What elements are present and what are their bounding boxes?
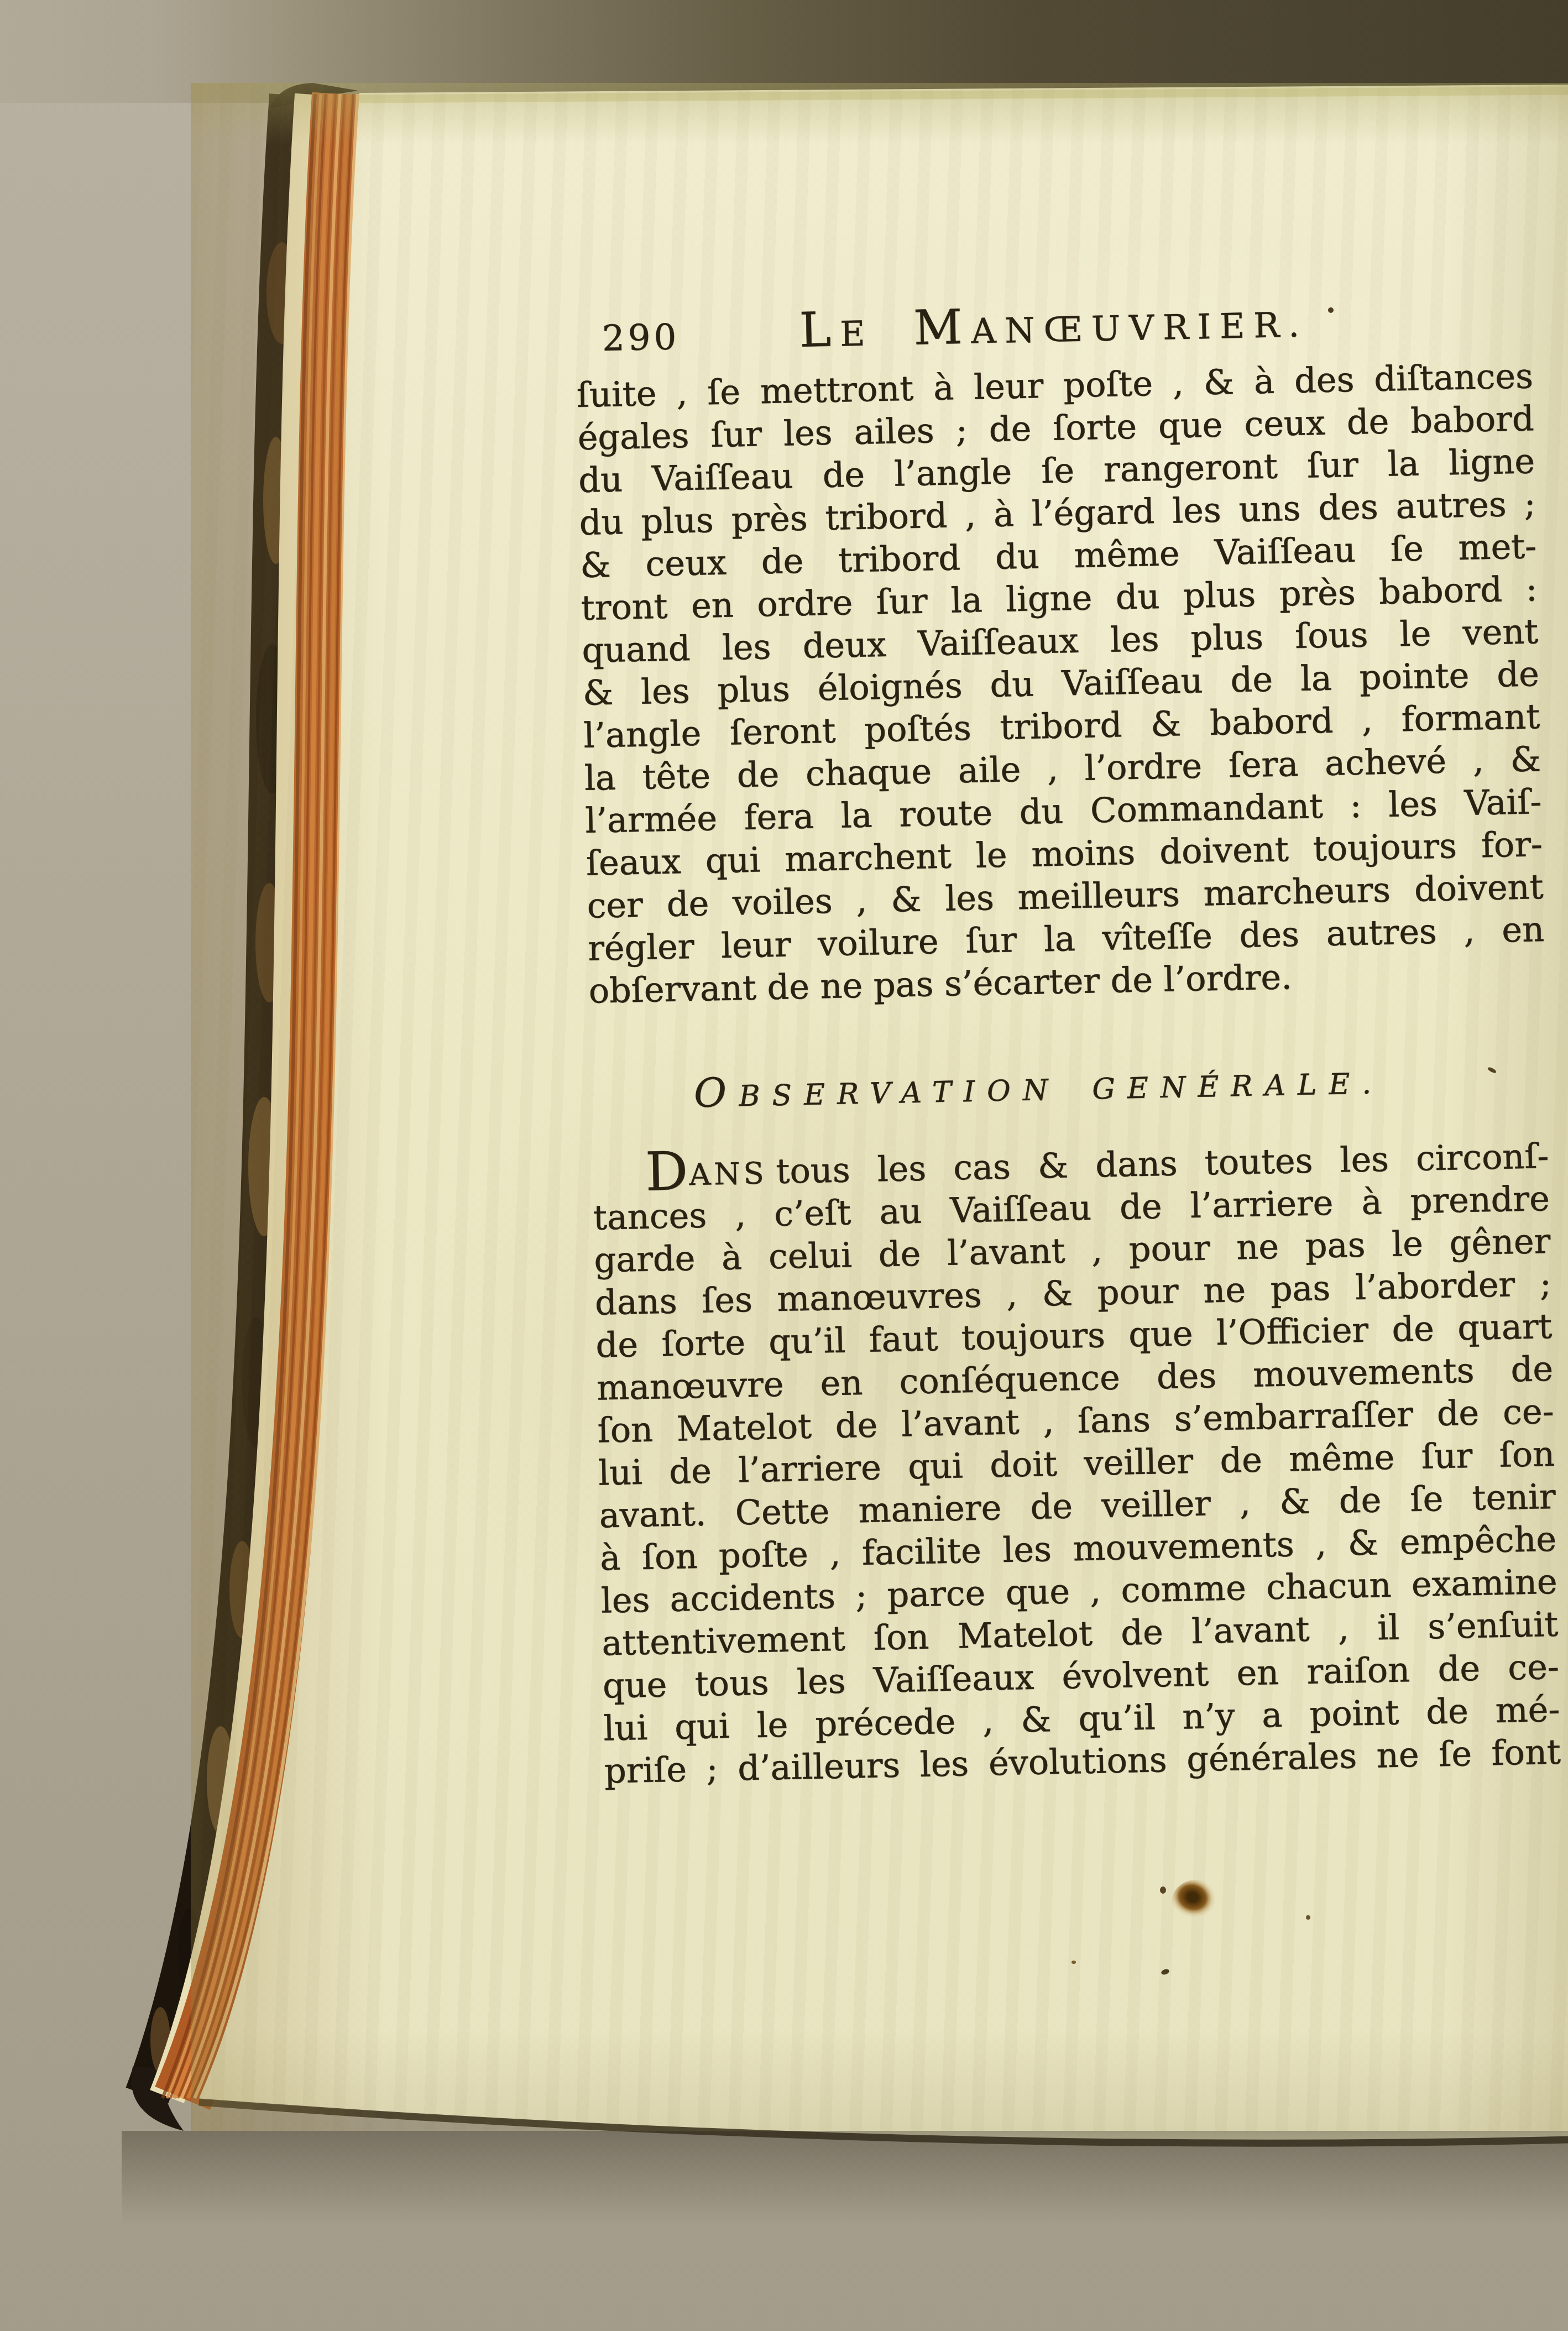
running-title-text: ANŒUVRIER. [971, 304, 1309, 351]
section-heading-initial: O [693, 1069, 739, 1116]
running-title-gap [874, 344, 914, 345]
under-book-shadow [122, 2131, 1568, 2225]
paper-speck [1306, 1915, 1310, 1920]
section-heading-text: GENÉRALE. [1092, 1067, 1384, 1106]
paper-speck [1072, 1961, 1076, 1964]
paper-speck [1160, 1886, 1166, 1894]
page-number: 290 [602, 320, 680, 357]
section-heading-text: BSERVATION [739, 1074, 1060, 1114]
running-title-initial: M [913, 300, 971, 356]
small-caps-word: ANS [689, 1156, 767, 1192]
running-title: LEMANŒUVRIER. [799, 292, 1309, 362]
paper-speck [1328, 307, 1334, 313]
running-title-text: E [840, 313, 875, 354]
section-heading: OBSERVATIONGENÉRALE. [560, 1054, 1517, 1118]
drop-cap: D [645, 1140, 689, 1203]
section-heading-gap [1060, 1099, 1093, 1100]
page-text-block: 290 LEMANŒUVRIER. ſuite , ſe mettront à … [575, 288, 1561, 1811]
running-title-initial: L [799, 302, 840, 358]
book-photo: 290 LEMANŒUVRIER. ſuite , ſe mettront à … [0, 0, 1568, 2331]
